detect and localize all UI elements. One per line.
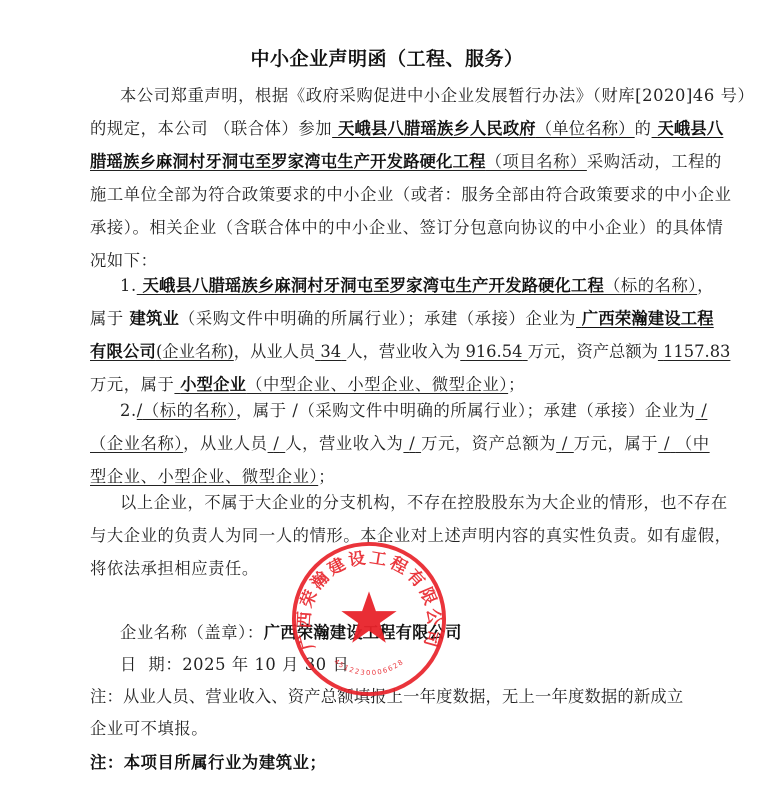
intro-line-5: 承接）。相关企业（含联合体中的中小企业、签订分包意向协议的中小企业）的具体情 — [90, 217, 704, 239]
item-number: 1. — [120, 276, 137, 295]
employees-value: 34 — [315, 342, 346, 361]
item-text: 人，营业收入为 — [285, 434, 403, 453]
intro-line-3: 腊瑶族乡麻洞村牙洞屯至罗家湾屯生产开发路硬化工程（项目名称）采购活动，工程的 — [90, 151, 704, 173]
intro-line-2: 的规定，本公司 （联合体）参加 天峨县八腊瑶族乡人民政府（单位名称）的 天峨县八 — [90, 118, 704, 140]
item-2-bid: /（标的名称） — [137, 401, 236, 420]
industry-value: 建筑业 — [130, 309, 179, 328]
assets-number: 1157.83 — [663, 342, 730, 361]
intro-text: 况如下： — [90, 251, 158, 270]
item-2-line-2: （企业名称），从业人员 / 人，营业收入为 / 万元，资产总额为 / 万元，属于… — [90, 433, 704, 455]
size-label: （中型企业、小型企业、微型企业） — [246, 375, 508, 394]
bid-label: （标的名称） — [143, 401, 236, 420]
size-text: 小型企业 — [180, 375, 246, 394]
company-seal-label: 企业名称（盖章）： — [120, 623, 264, 642]
company-name-text: 广西荣瀚建设工程 — [582, 309, 714, 328]
item-text: 万元，属于 — [574, 434, 658, 453]
item-number: 2. — [120, 401, 137, 420]
assets-number: / — [562, 434, 568, 453]
item-text: ，从业人员 — [234, 342, 315, 361]
purchaser-label: （单位名称） — [536, 119, 635, 138]
company-name-text: / — [701, 401, 707, 420]
item-text: ，属于 /（采购文件中明确的所属行业）；承建（承接）企业为 — [236, 401, 696, 420]
size-value: / （中 — [658, 434, 709, 453]
revenue-number: 916.54 — [465, 342, 522, 361]
purchaser-name: 天峨县八腊瑶族乡人民政府（单位名称） — [332, 119, 635, 138]
page-title: 中小企业声明函（工程、服务） — [0, 44, 774, 71]
size-value: 小型企业（中型企业、小型企业、微型企业） — [174, 375, 508, 394]
assets-value: / — [556, 434, 574, 453]
item-1-line-4: 万元，属于 小型企业（中型企业、小型企业、微型企业）； — [90, 374, 704, 396]
intro-line-1: 本公司郑重声明，根据《政府采购促进中小企业发展暂行办法》（财库[2020]46 … — [120, 85, 704, 107]
date-label: 日 期： — [120, 655, 182, 674]
statement-line-1: 以上企业，不属于大企业的分支机构，不存在控股股东为大企业的情形，也不存在 — [120, 492, 704, 514]
item-text: 万元，资产总额为 — [528, 342, 658, 361]
document-page: 中小企业声明函（工程、服务） 本公司郑重声明，根据《政府采购促进中小企业发展暂行… — [0, 0, 774, 787]
revenue-value: / — [403, 434, 421, 453]
intro-line-4: 施工单位全部为符合政策要求的中小企业（或者：服务全部由符合政策要求的中小企业 — [90, 184, 704, 206]
intro-text: 采购活动，工程的 — [587, 152, 722, 171]
item-text: ； — [508, 375, 525, 394]
item-2-line-3: 型企业、小型企业、微型企业）； — [90, 466, 704, 488]
assets-value: 1157.83 — [658, 342, 731, 361]
intro-text: 的规定，本公司 （联合体）参加 — [90, 119, 332, 138]
item-1-line-1: 1. 天峨县八腊瑶族乡麻洞村牙洞屯至罗家湾屯生产开发路硬化工程（标的名称）， — [120, 275, 704, 297]
size-label: 型企业、小型企业、微型企业） — [90, 467, 318, 486]
revenue-value: 916.54 — [460, 342, 527, 361]
purchaser-name-text: 天峨县八腊瑶族乡人民政府 — [338, 119, 536, 138]
size-label: （中 — [676, 434, 710, 453]
project-name-text: 天峨县八 — [657, 119, 723, 138]
company-label: （企业名称） — [90, 434, 183, 453]
company-name-text: 有限公司 — [90, 342, 156, 361]
bid-label: （标的名称） — [604, 276, 697, 295]
company-name-part1: 广西荣瀚建设工程 — [576, 309, 714, 328]
employees-value: / — [268, 434, 286, 453]
company-value: / — [696, 401, 708, 420]
intro-text: 承接）。相关企业（含联合体中的中小企业、签订分包意向协议的中小企业）的具体情 — [90, 218, 723, 237]
project-name-part1: 天峨县八 — [652, 119, 724, 138]
project-name-text: 腊瑶族乡麻洞村牙洞屯至罗家湾屯生产开发路硬化工程 — [90, 152, 486, 171]
employees-number: / — [273, 434, 279, 453]
project-name-part2: 腊瑶族乡麻洞村牙洞屯至罗家湾屯生产开发路硬化工程（项目名称） — [90, 152, 587, 171]
employees-number: 34 — [320, 342, 341, 361]
item-text: ，从业人员 — [183, 434, 267, 453]
statement-text: 以上企业，不属于大企业的分支机构，不存在控股股东为大企业的情形，也不存在 — [120, 493, 728, 512]
company-label: (企业名称) — [156, 342, 234, 361]
statement-text: 将依法承担相应责任。 — [90, 559, 259, 578]
note-1-line-2: 企业可不填报。 — [90, 718, 704, 740]
company-seal-stamp: 广西荣瀚建设工程有限公司 4512230006628 — [290, 540, 448, 698]
intro-text: 的 — [635, 119, 652, 138]
intro-text: 施工单位全部为符合政策要求的中小企业（或者：服务全部由符合政策要求的中小企业 — [90, 185, 732, 204]
note-text: 注：本项目所属行业为建筑业； — [90, 753, 326, 772]
item-text: 万元，资产总额为 — [421, 434, 556, 453]
stamp-star-icon — [341, 591, 396, 642]
note-text: 企业可不填报。 — [90, 719, 208, 738]
item-1-line-3: 有限公司(企业名称)，从业人员 34 人，营业收入为 916.54 万元，资产总… — [90, 341, 704, 363]
item-2-line-1: 2./（标的名称），属于 /（采购文件中明确的所属行业）；承建（承接）企业为 / — [120, 400, 704, 422]
revenue-number: / — [409, 434, 415, 453]
stamp-number-text: 4512230006628 — [332, 658, 405, 678]
item-text: 万元，属于 — [90, 375, 174, 394]
bid-name: 天峨县八腊瑶族乡麻洞村牙洞屯至罗家湾屯生产开发路硬化工程 — [143, 276, 604, 295]
intro-text: 本公司郑重声明，根据《政府采购促进中小企业发展暂行办法》（财库[2020]46 … — [120, 86, 754, 105]
industry-label: （采购文件中明确的所属行业）；承建（承接）企业为 — [179, 309, 576, 328]
note-2: 注：本项目所属行业为建筑业； — [90, 752, 704, 774]
separator: ， — [697, 276, 714, 295]
project-label: （项目名称） — [486, 152, 587, 171]
item-text: 人，营业收入为 — [346, 342, 460, 361]
company-name-part2: 有限公司(企业名称) — [90, 342, 234, 361]
item-text: ； — [318, 467, 335, 486]
item-text: 属于 — [90, 309, 130, 328]
intro-line-6: 况如下： — [90, 250, 704, 272]
item-1-line-2: 属于 建筑业（采购文件中明确的所属行业）；承建（承接）企业为 广西荣瀚建设工程 — [90, 308, 704, 330]
item-1-bid: 天峨县八腊瑶族乡麻洞村牙洞屯至罗家湾屯生产开发路硬化工程（标的名称） — [137, 276, 697, 295]
size-text: / — [664, 434, 670, 453]
